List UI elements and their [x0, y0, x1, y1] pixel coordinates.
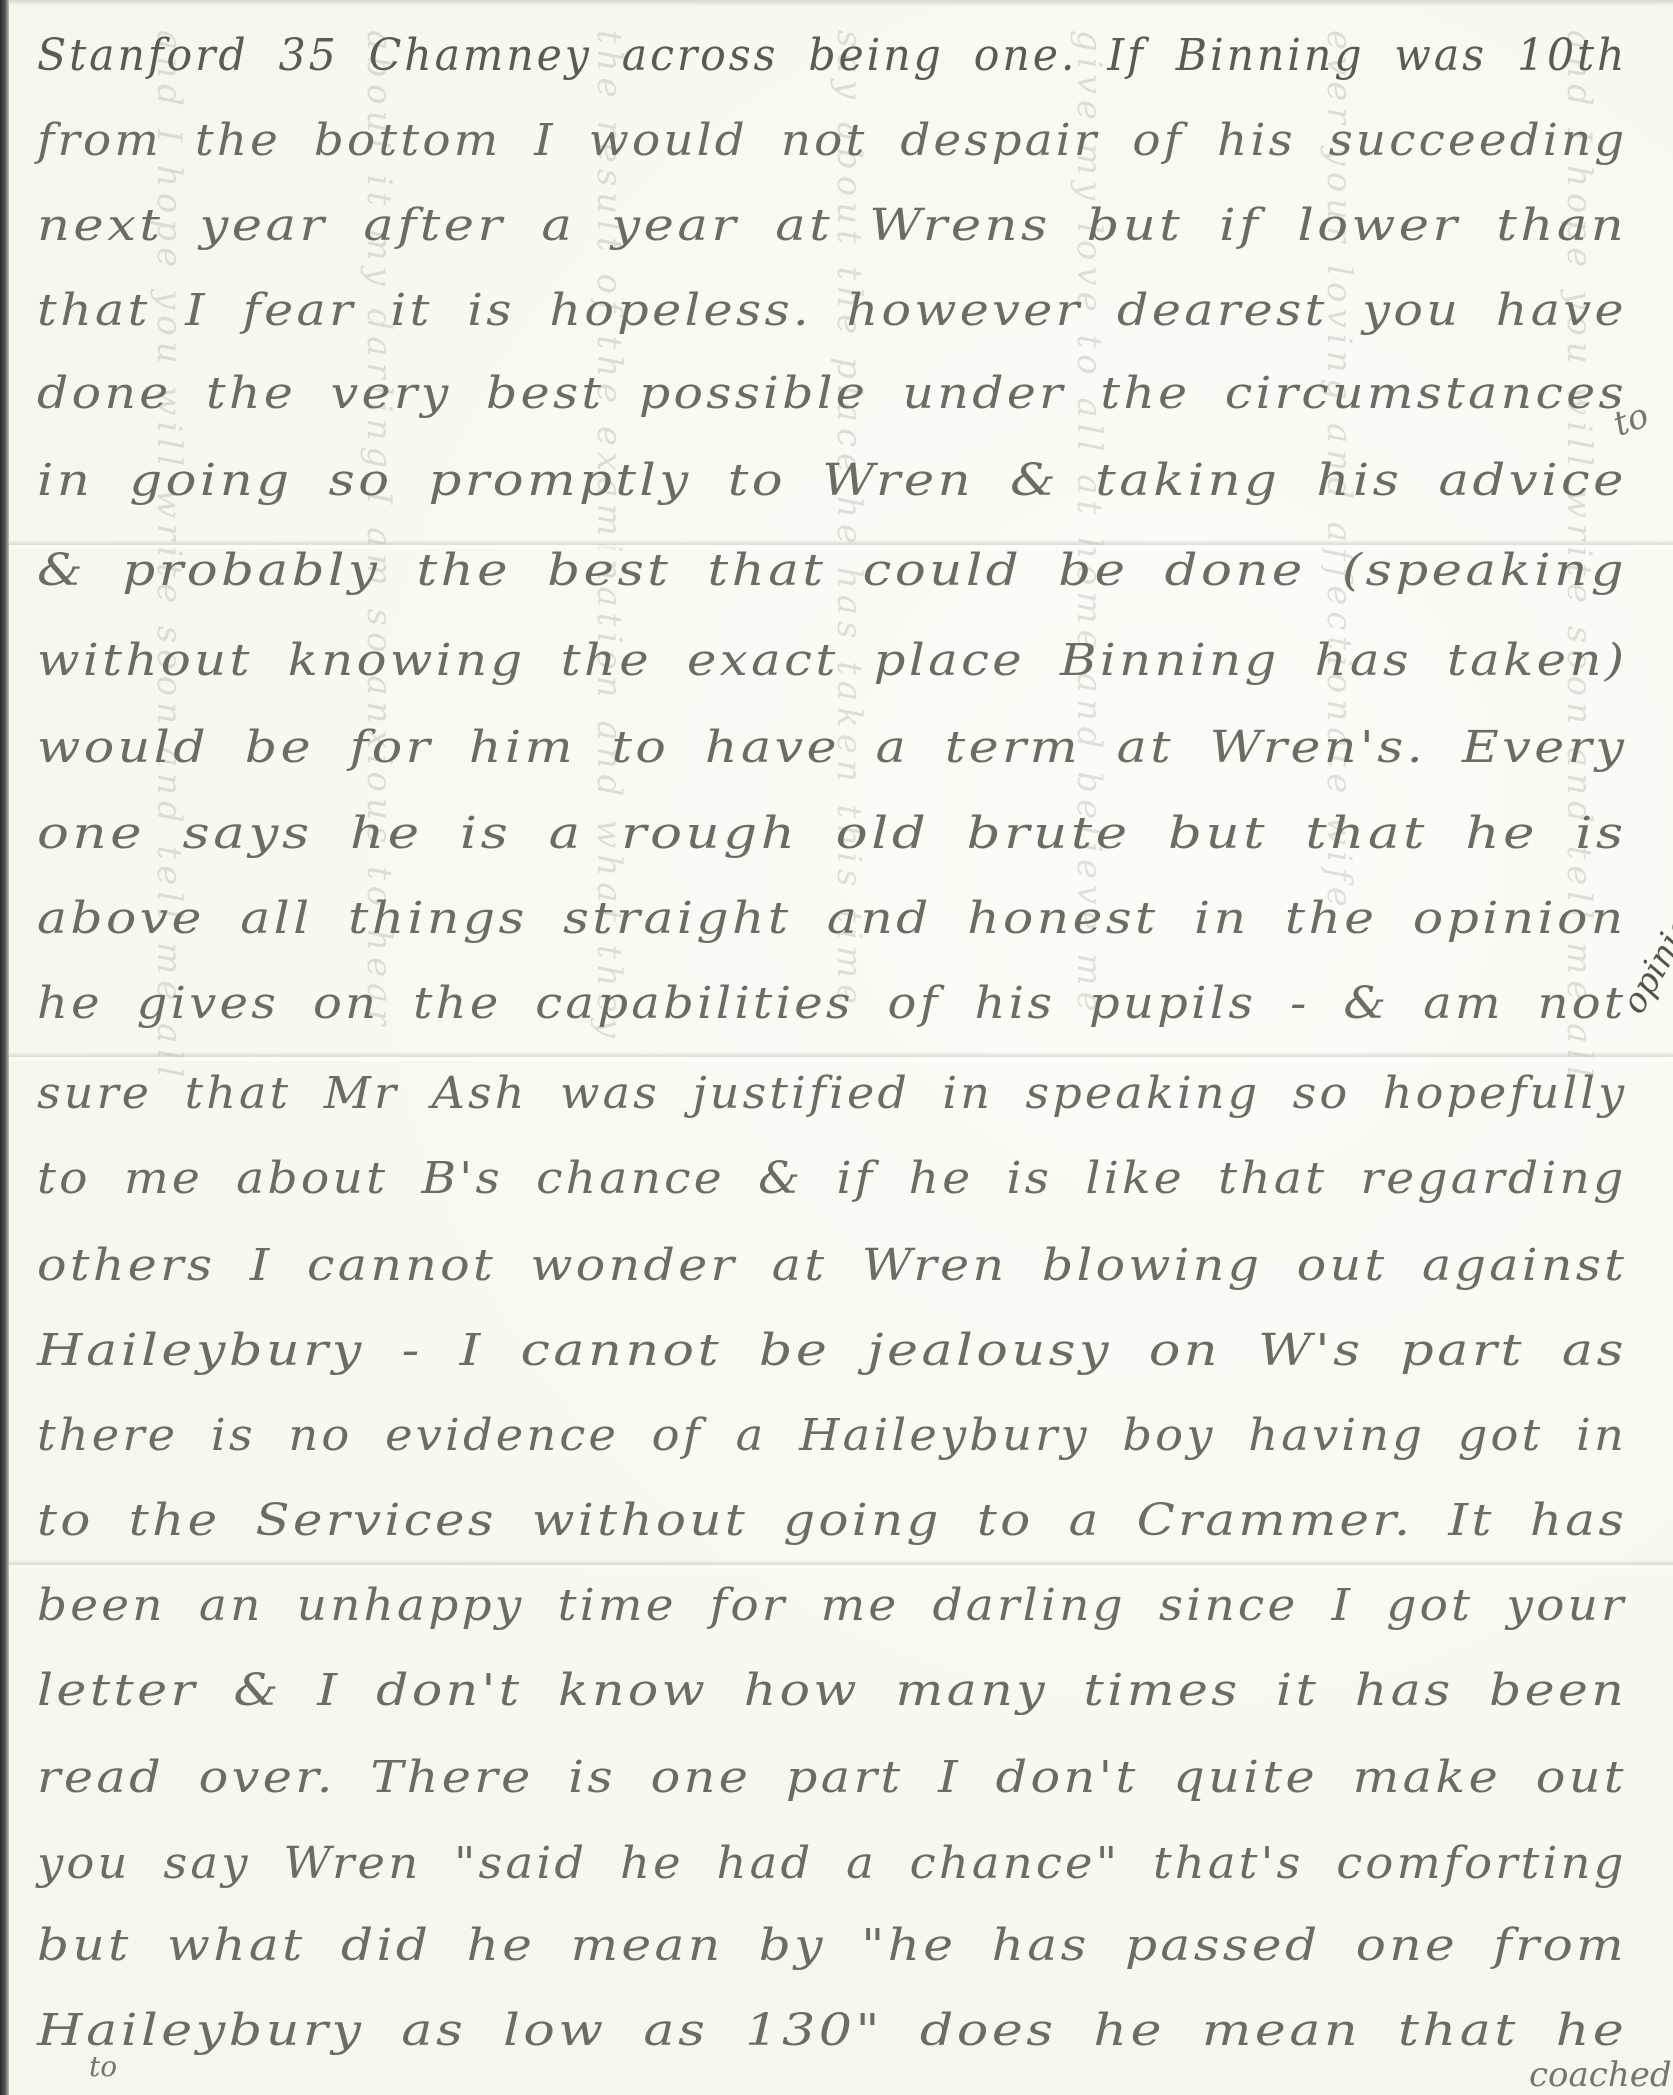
letter-line: & probably the best that could be done (… — [37, 545, 1627, 596]
letter-line: you say Wren "said he had a chance" that… — [37, 1838, 1627, 1889]
letter-line: to the Services without going to a Cramm… — [37, 1495, 1627, 1546]
letter-line: above all things straight and honest in … — [37, 893, 1627, 944]
letter-line: letter & I don't know how many times it … — [37, 1665, 1627, 1716]
letter-line: that I fear it is hopeless. however dear… — [37, 285, 1627, 336]
letter-line: to me about B's chance & if he is like t… — [37, 1153, 1626, 1204]
letter-line: done the very best possible under the ci… — [37, 368, 1627, 419]
catchword: coached — [1529, 2055, 1672, 2095]
letter-line: would be for him to have a term at Wren'… — [37, 722, 1627, 773]
letter-line: there is no evidence of a Haileybury boy… — [37, 1410, 1627, 1461]
letter-line: he gives on the capabilities of his pupi… — [37, 978, 1626, 1029]
letter-line: Haileybury - I cannot be jealousy on W's… — [37, 1325, 1627, 1376]
letter-line: sure that Mr Ash was justified in speaki… — [37, 1068, 1627, 1119]
letter-line: from the bottom I would not despair of h… — [37, 115, 1627, 166]
letter-line: read over. There is one part I don't qui… — [37, 1752, 1627, 1803]
letter-body: Stanford 35 Chamney across being one. If… — [9, 0, 1673, 2095]
letter-line: but what did he mean by "he has passed o… — [37, 1920, 1627, 1971]
letter-line: without knowing the exact place Binning … — [37, 635, 1628, 686]
letter-line: next year after a year at Wrens but if l… — [37, 200, 1627, 251]
letter-line: Stanford 35 Chamney across being one. If… — [37, 30, 1627, 81]
scan-edge-shadow — [0, 0, 9, 2095]
letter-line: one says he is a rough old brute but tha… — [37, 808, 1627, 859]
margin-note: to — [89, 2050, 117, 2083]
letter-line: been an unhappy time for me darling sinc… — [37, 1580, 1627, 1631]
letter-line: in going so promptly to Wren & taking hi… — [37, 455, 1627, 506]
letter-line: others I cannot wonder at Wren blowing o… — [37, 1240, 1627, 1291]
letter-line: Haileybury as low as 130" does he mean t… — [37, 2005, 1627, 2056]
